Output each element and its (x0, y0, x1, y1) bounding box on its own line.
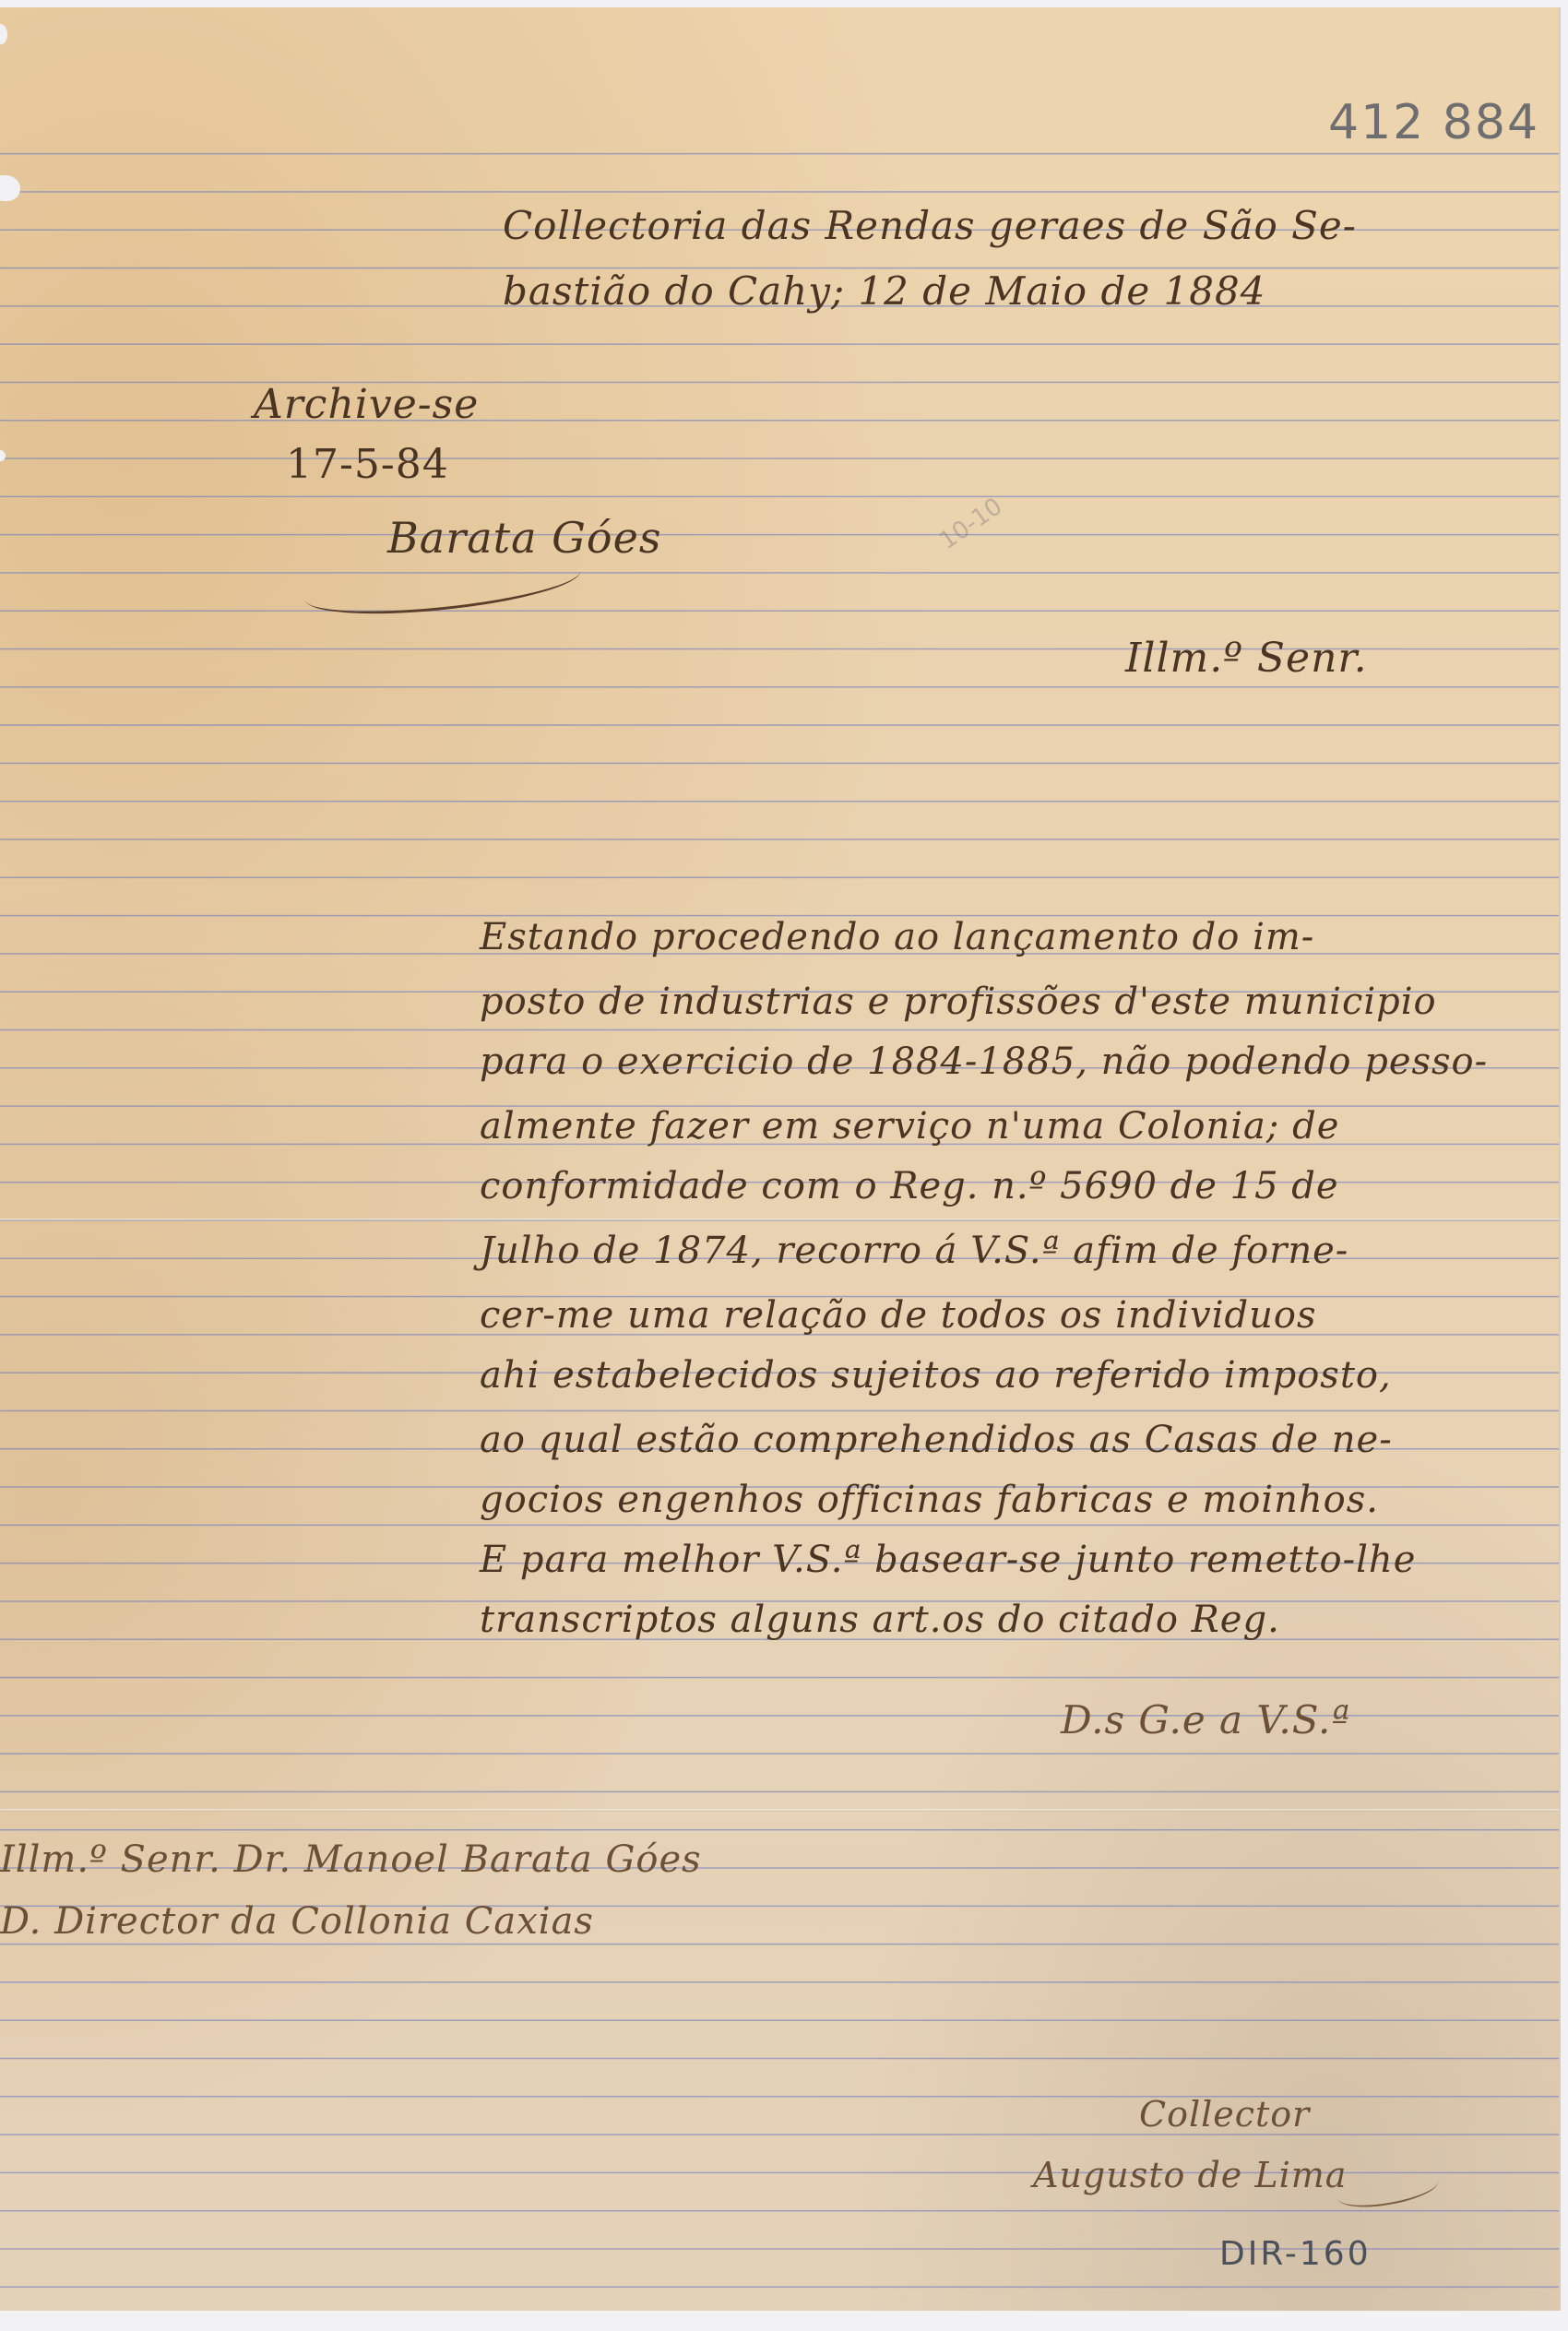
body-line: Julho de 1874, recorro á V.S.ª afim de f… (480, 1230, 1348, 1272)
body-line: almente fazer em serviço n'uma Colonia; … (480, 1105, 1339, 1148)
body-line: conformidade com o Reg. n.º 5690 de 15 d… (480, 1165, 1339, 1207)
archive-number: 412 884 (1328, 95, 1539, 150)
addressee-line-1: Illm.º Senr. Dr. Manoel Barata Góes (0, 1838, 702, 1881)
body-line: gocios engenhos officinas fabricas e moi… (480, 1479, 1379, 1521)
signature-name: Augusto de Lima (1033, 2155, 1347, 2195)
body-line: Estando procedendo ao lançamento do im- (480, 916, 1314, 958)
body-line: ahi estabelecidos sujeitos ao referido i… (480, 1354, 1392, 1397)
body-line: posto de industrias e profissões d'este … (480, 981, 1437, 1023)
body-line: para o exercicio de 1884-1885, não poden… (480, 1041, 1488, 1083)
addressee-line-2: D. Director da Collonia Caxias (0, 1900, 594, 1943)
header-line-2: bastião do Cahy; 12 de Maio de 1884 (503, 268, 1265, 314)
salutation: Illm.º Senr. (1125, 635, 1368, 682)
torn-edge (0, 24, 7, 44)
body-line: transcriptos alguns art.os do citado Reg… (480, 1599, 1280, 1641)
marginal-note-archive: Archive-se (254, 381, 479, 428)
letter-page: 412 884 Collectoria das Rendas geraes de… (0, 7, 1559, 2311)
body-line: E para melhor V.S.ª basear-se junto reme… (480, 1539, 1416, 1581)
body-line: ao qual estão comprehendidos as Casas de… (480, 1419, 1393, 1461)
fold-crease (0, 1809, 1559, 1812)
body-line: cer-me uma relação de todos os individuo… (480, 1294, 1316, 1337)
marginal-note-date: 17-5-84 (286, 441, 449, 488)
ruled-lines (0, 137, 1559, 2311)
catalog-code: DIR-160 (1219, 2235, 1372, 2273)
fold-crease (0, 1219, 1559, 1221)
signature-title: Collector (1139, 2094, 1310, 2135)
closing: D.s G.e a V.S.ª (1061, 1697, 1350, 1742)
header-line-1: Collectoria das Rendas geraes de São Se- (503, 203, 1357, 248)
